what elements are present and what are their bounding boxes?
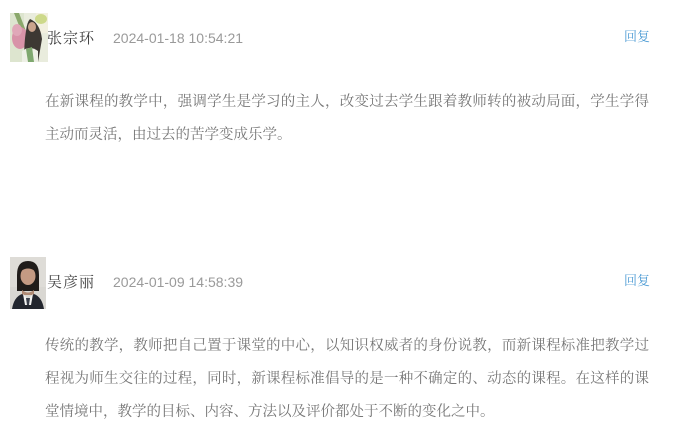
author-name: 张宗环 <box>47 30 95 47</box>
comment-body: 在新课程的教学中，强调学生是学习的主人，改变过去学生跟着教师转的被动局面，学生学… <box>45 86 649 152</box>
comment-timestamp: 2024-01-09 14:58:39 <box>113 274 243 290</box>
comment-item: 吴彦丽2024-01-09 14:58:39 回复 传统的教学，教师把自己置于课… <box>0 152 679 429</box>
comment-body: 传统的教学，教师把自己置于课堂的中心，以知识权威者的身份说教，而新课程标准把教学… <box>45 330 649 429</box>
comment-list: 张宗环2024-01-18 10:54:21 回复 在新课程的教学中，强调学生是… <box>0 0 679 437</box>
comment-header: 吴彦丽2024-01-09 14:58:39 回复 <box>0 257 679 307</box>
comment-timestamp: 2024-01-18 10:54:21 <box>113 30 243 46</box>
comment-meta: 张宗环2024-01-18 10:54:21 <box>0 13 679 48</box>
reply-link[interactable]: 回复 <box>624 26 650 45</box>
avatar-photo <box>10 13 48 62</box>
comment-meta: 吴彦丽2024-01-09 14:58:39 <box>0 257 679 292</box>
comment-item: 张宗环2024-01-18 10:54:21 回复 在新课程的教学中，强调学生是… <box>0 0 679 152</box>
avatar-photo <box>10 257 46 309</box>
reply-link[interactable]: 回复 <box>624 270 650 289</box>
author-name: 吴彦丽 <box>47 274 95 291</box>
comment-header: 张宗环2024-01-18 10:54:21 回复 <box>0 13 679 63</box>
